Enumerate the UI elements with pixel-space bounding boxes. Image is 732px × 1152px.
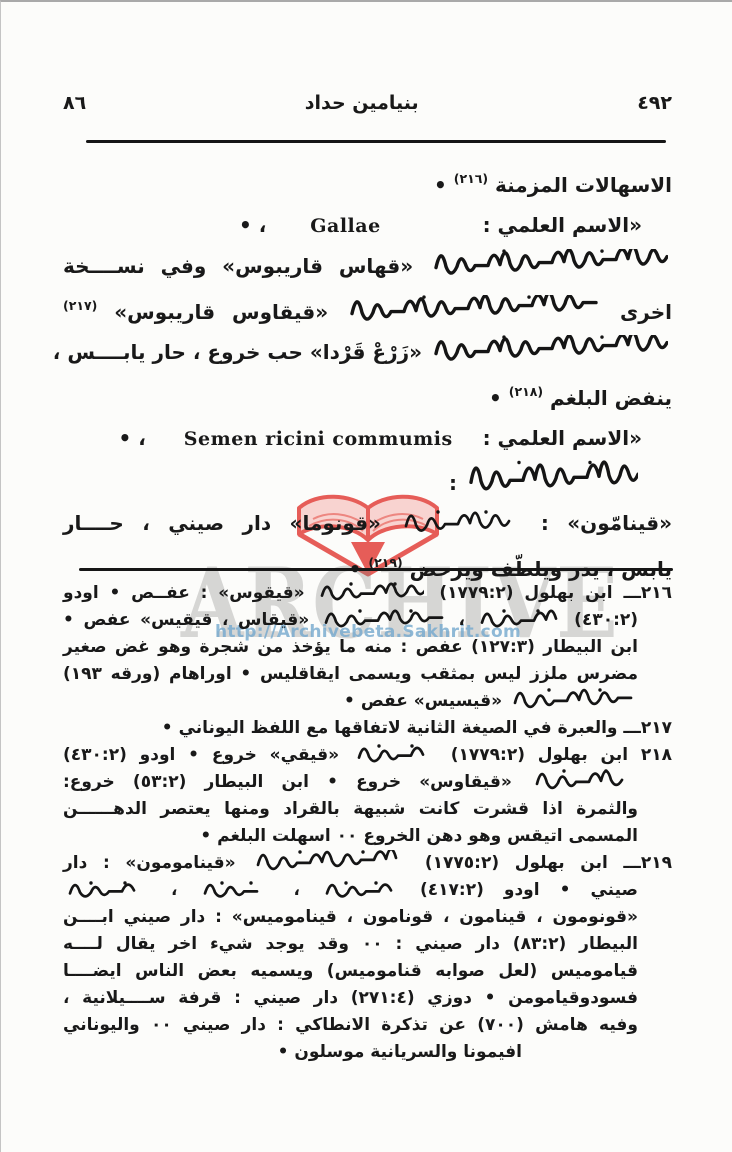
arabic-text: «قيقاوس قاريبوس»	[114, 300, 328, 324]
syriac-word	[433, 249, 668, 279]
footnote-line: البيطار (٨٣:٢) دار صيني : ٠٠ وقد يوجد شي…	[63, 931, 672, 958]
body-line: :	[63, 460, 672, 502]
header-author-title: بنيامين حداد	[305, 92, 419, 114]
body-line: ينفض البلغم (٢١٨) •	[63, 373, 672, 417]
arabic-text: ٢١٨ ابن بهلول (١٧٧٩:٢)	[451, 745, 672, 765]
arabic-text: ٢١٧ـــ والعبرة في الصيغة الثانية لاتفاقه…	[162, 718, 672, 738]
arabic-text: ،	[458, 610, 464, 630]
arabic-text: •	[434, 173, 447, 197]
arabic-text: اخرى	[620, 300, 672, 324]
body-line: الاسهالات المزمنة (٢١٦) •	[63, 160, 672, 204]
spacer	[460, 444, 476, 445]
body-line: «الاسم العلمي : Gallae ، •	[63, 206, 672, 245]
footnote-line: فسودوقيامومن • دوزي (٢٧١:٤) دار صيني : ق…	[63, 985, 672, 1012]
footnote-line: «قيسيس» عفص •	[63, 688, 672, 715]
arabic-text: افيمونا والسريانية موسلون •	[278, 1042, 522, 1062]
footnote-line: «قيقاوس» خروع • ابن البيطار (٥٣:٢) خروع:	[63, 769, 672, 796]
arabic-text: ٢١٦ـــ ابن بهلول (١٧٧٩:٢)	[439, 583, 672, 603]
syriac-word	[534, 769, 634, 793]
arabic-text: ٢١٩ـــ ابن بهلول (١٧٧٥:٢)	[425, 853, 672, 873]
arabic-text: ،	[294, 880, 300, 900]
arabic-text: فسودوقيامومن • دوزي (٢٧١:٤) دار صيني : ق…	[63, 988, 638, 1008]
arabic-text: ينفض البلغم	[550, 386, 672, 410]
arabic-text: وفيه هامش (٧٠٠) عن تذكرة الانطاكي : دار …	[63, 1015, 638, 1035]
footnote-٢١٨: ٢١٨ ابن بهلول (١٧٧٩:٢) «قيقي» خروع • اود…	[63, 742, 672, 850]
footnote-line: وفيه هامش (٧٠٠) عن تذكرة الانطاكي : دار …	[63, 1012, 672, 1039]
body-line: «قهاس قاريبوس» وفي نســــخة	[63, 247, 672, 285]
footnote-line: مضرس ملزز ليس بمثقب ويسمى ايقاقليس • اور…	[63, 661, 672, 688]
footnote-line: والثمرة اذا قشرت كانت شبيهة بالقراد ومنه…	[63, 796, 672, 823]
arabic-text: مضرس ملزز ليس بمثقب ويسمى ايقاقليس • اور…	[63, 664, 638, 684]
syriac-word	[67, 881, 147, 901]
arabic-text: «قينامومون» : دار	[63, 853, 236, 873]
arabic-text: ، •	[239, 213, 266, 237]
entry-text-block: الاسهالات المزمنة (٢١٦) • «الاسم العلمي …	[63, 160, 672, 590]
syriac-word	[433, 335, 668, 365]
footnote-٢١٦: ٢١٦ـــ ابن بهلول (١٧٧٩:٢) «قيقوس» : عفــ…	[63, 580, 672, 715]
arabic-text: «قونوما» دار صيني ، حــــار	[63, 511, 381, 535]
header-page-number-right: ٤٩٢	[637, 92, 672, 114]
footnote-line: ٢١٩ـــ ابن بهلول (١٧٧٥:٢) «قينامومون» : …	[63, 850, 672, 877]
arabic-text: «قيقوس» : عفــص • اودو	[63, 583, 305, 603]
body-line: «الاسم العلمي : Semen ricini commumis ، …	[63, 419, 672, 458]
scanned-book-page: ARCHIVE http://Archivebeta.Sakhrit.com ٤…	[0, 0, 732, 1152]
arabic-text: البيطار (٨٣:٢) دار صيني : ٠٠ وقد يوجد شي…	[63, 934, 638, 954]
footnote-line: افيمونا والسريانية موسلون •	[63, 1039, 672, 1066]
arabic-text: قياموميس (لعل صوابه قناموميس) ويسميه بعض…	[63, 961, 638, 981]
footnote-٢١٩: ٢١٩ـــ ابن بهلول (١٧٧٥:٢) «قينامومون» : …	[63, 850, 672, 1066]
spacer	[273, 231, 303, 232]
syriac-word	[468, 460, 638, 496]
arabic-text: ،	[171, 880, 177, 900]
footnote-line: ٢١٦ـــ ابن بهلول (١٧٧٩:٢) «قيقوس» : عفــ…	[63, 580, 672, 607]
arabic-text: صيني • اودو (٤١٧:٢)	[420, 880, 638, 900]
footnote-line: (٤٣٠:٢) ، «قيقاس ، قيقيس» عفص •	[63, 607, 672, 634]
page-header: ٤٩٢ بنيامين حداد ٨٦	[63, 92, 672, 114]
syriac-word	[319, 582, 424, 604]
footnote-ref: (٢١٨)	[509, 384, 543, 399]
footnote-line: ابن البيطار (١٢٧:٣) عفص : منه ما يؤخذ من…	[63, 634, 672, 661]
arabic-text: «قيقاوس» خروع • ابن البيطار (٥٣:٢) خروع:	[63, 772, 512, 792]
spacer	[388, 231, 476, 232]
footnote-٢١٧: ٢١٧ـــ والعبرة في الصيغة الثانية لاتفاقه…	[63, 715, 672, 742]
arabic-text: (٤٣٠:٢)	[574, 610, 638, 630]
footnote-line: «قونومون ، قينامون ، قونامون ، قيناموميس…	[63, 904, 672, 931]
syriac-word	[349, 295, 599, 325]
footnote-ref: (٢١٦)	[454, 171, 488, 186]
arabic-text: «قيقي» خروع • اودو (٤٣٠:٢)	[63, 745, 339, 765]
syriac-word	[323, 609, 445, 631]
body-line: «زَرْعْ قَرْدا» حب خروع ، حار يابــــس ،	[63, 333, 672, 371]
syriac-word	[255, 850, 405, 874]
footnotes-section: ٢١٦ـــ ابن بهلول (١٧٧٩:٢) «قيقوس» : عفــ…	[63, 580, 672, 1066]
footnote-line: صيني • اودو (٤١٧:٢) ، ،	[63, 877, 672, 904]
footnote-separator-rule	[79, 568, 673, 571]
footnote-line: قياموميس (لعل صوابه قناموميس) ويسميه بعض…	[63, 958, 672, 985]
syriac-word	[479, 609, 561, 631]
footnote-line: ٢١٨ ابن بهلول (١٧٧٩:٢) «قيقي» خروع • اود…	[63, 742, 672, 769]
spacer	[153, 444, 177, 445]
syriac-word	[512, 688, 634, 712]
latin-scientific-name: Gallae	[310, 215, 380, 237]
latin-scientific-name: Semen ricini commumis	[184, 428, 453, 450]
footnote-ref: (٢١٧)	[63, 298, 97, 313]
footnote-line: المسمى اتيقس وهو دهن الخروع ٠٠ اسهلت الب…	[63, 823, 672, 850]
arabic-text: «قهاس قاريبوس» وفي نســــخة	[63, 254, 413, 278]
syriac-word	[356, 744, 434, 766]
arabic-text: «قونومون ، قينامون ، قونامون ، قيناموميس…	[63, 907, 638, 927]
header-rule	[86, 140, 666, 143]
arabic-text: الاسهالات المزمنة	[495, 173, 672, 197]
arabic-text: «قيقاس ، قيقيس» عفص •	[63, 610, 309, 630]
arabic-text: المسمى اتيقس وهو دهن الخروع ٠٠ اسهلت الب…	[200, 826, 638, 846]
body-line: اخرى «قيقاوس قاريبوس» (٢١٧)	[63, 287, 672, 331]
arabic-text: ، •	[119, 426, 146, 450]
syriac-word	[324, 881, 396, 901]
arabic-text: والثمرة اذا قشرت كانت شبيهة بالقراد ومنه…	[63, 799, 638, 819]
arabic-text: «الاسم العلمي :	[483, 426, 642, 450]
arabic-text: •	[489, 386, 502, 410]
syriac-word	[403, 510, 518, 536]
arabic-text: ابن البيطار (١٢٧:٣) عفص : منه ما يؤخذ من…	[63, 637, 638, 657]
footnote-line: ٢١٧ـــ والعبرة في الصيغة الثانية لاتفاقه…	[63, 715, 672, 742]
arabic-text: «قينامّون» :	[541, 511, 672, 535]
body-line: «قينامّون» : «قونوما» دار صيني ، حــــار	[63, 504, 672, 542]
arabic-text: «زَرْعْ قَرْدا» حب خروع ، حار يابــــس ،	[53, 340, 422, 364]
arabic-text: «قيسيس» عفص •	[344, 691, 502, 711]
arabic-text: :	[449, 471, 457, 495]
syriac-word	[202, 881, 270, 901]
header-page-number-left: ٨٦	[63, 92, 86, 114]
arabic-text: «الاسم العلمي :	[483, 213, 642, 237]
